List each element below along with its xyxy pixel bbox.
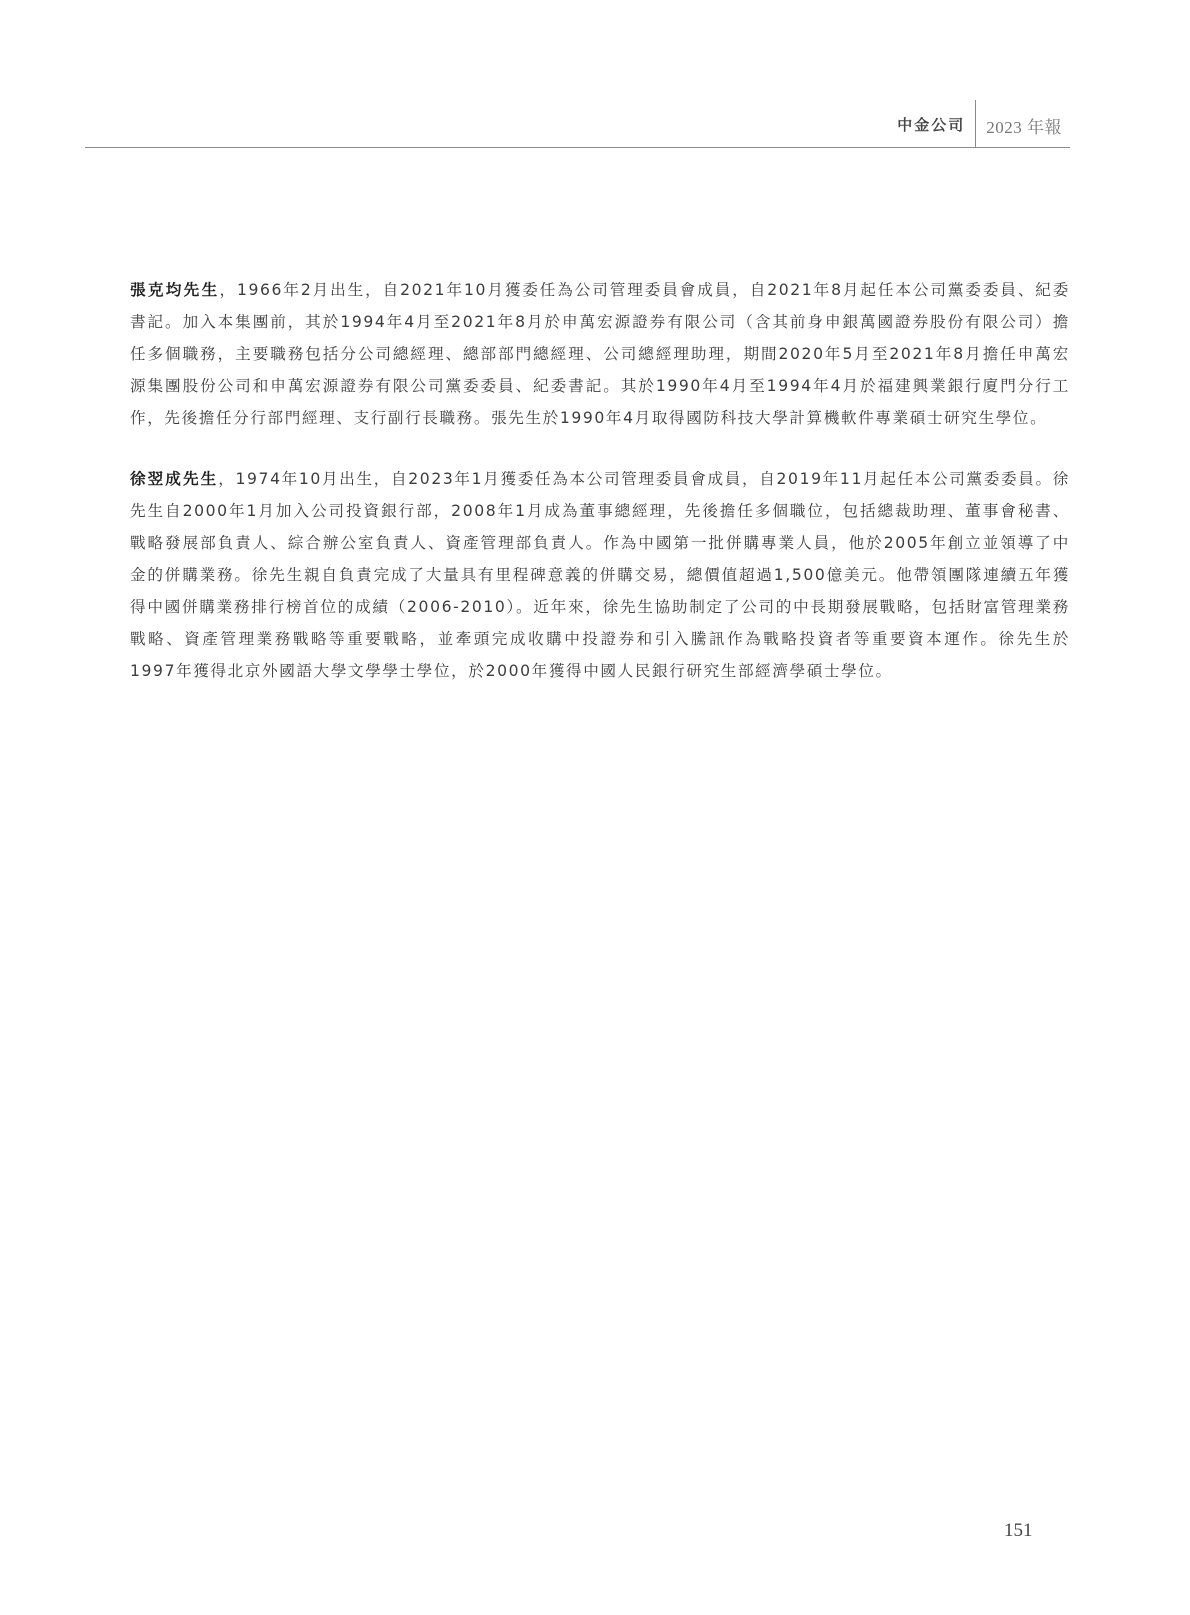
person-name: 徐翌成先生 — [130, 470, 218, 488]
biography-text: ，1966年2月出生，自2021年10月獲委任為公司管理委員會成員，自2021年… — [130, 281, 1070, 427]
biography-text: ，1974年10月出生，自2023年1月獲委任為本公司管理委員會成員，自2019… — [130, 470, 1070, 680]
biography-paragraph: 張克均先生，1966年2月出生，自2021年10月獲委任為公司管理委員會成員，自… — [130, 274, 1070, 434]
header-title-group: 中金公司 2023 年報 — [897, 100, 1062, 147]
biography-section: 張克均先生，1966年2月出生，自2021年10月獲委任為公司管理委員會成員，自… — [130, 274, 1070, 716]
company-name: 中金公司 — [897, 100, 975, 135]
person-name: 張克均先生 — [130, 281, 219, 299]
page-number: 151 — [1004, 1520, 1033, 1542]
biography-paragraph: 徐翌成先生，1974年10月出生，自2023年1月獲委任為本公司管理委員會成員，… — [130, 463, 1070, 687]
page-header: 中金公司 2023 年報 — [85, 100, 1070, 148]
report-title: 2023 年報 — [976, 100, 1062, 138]
